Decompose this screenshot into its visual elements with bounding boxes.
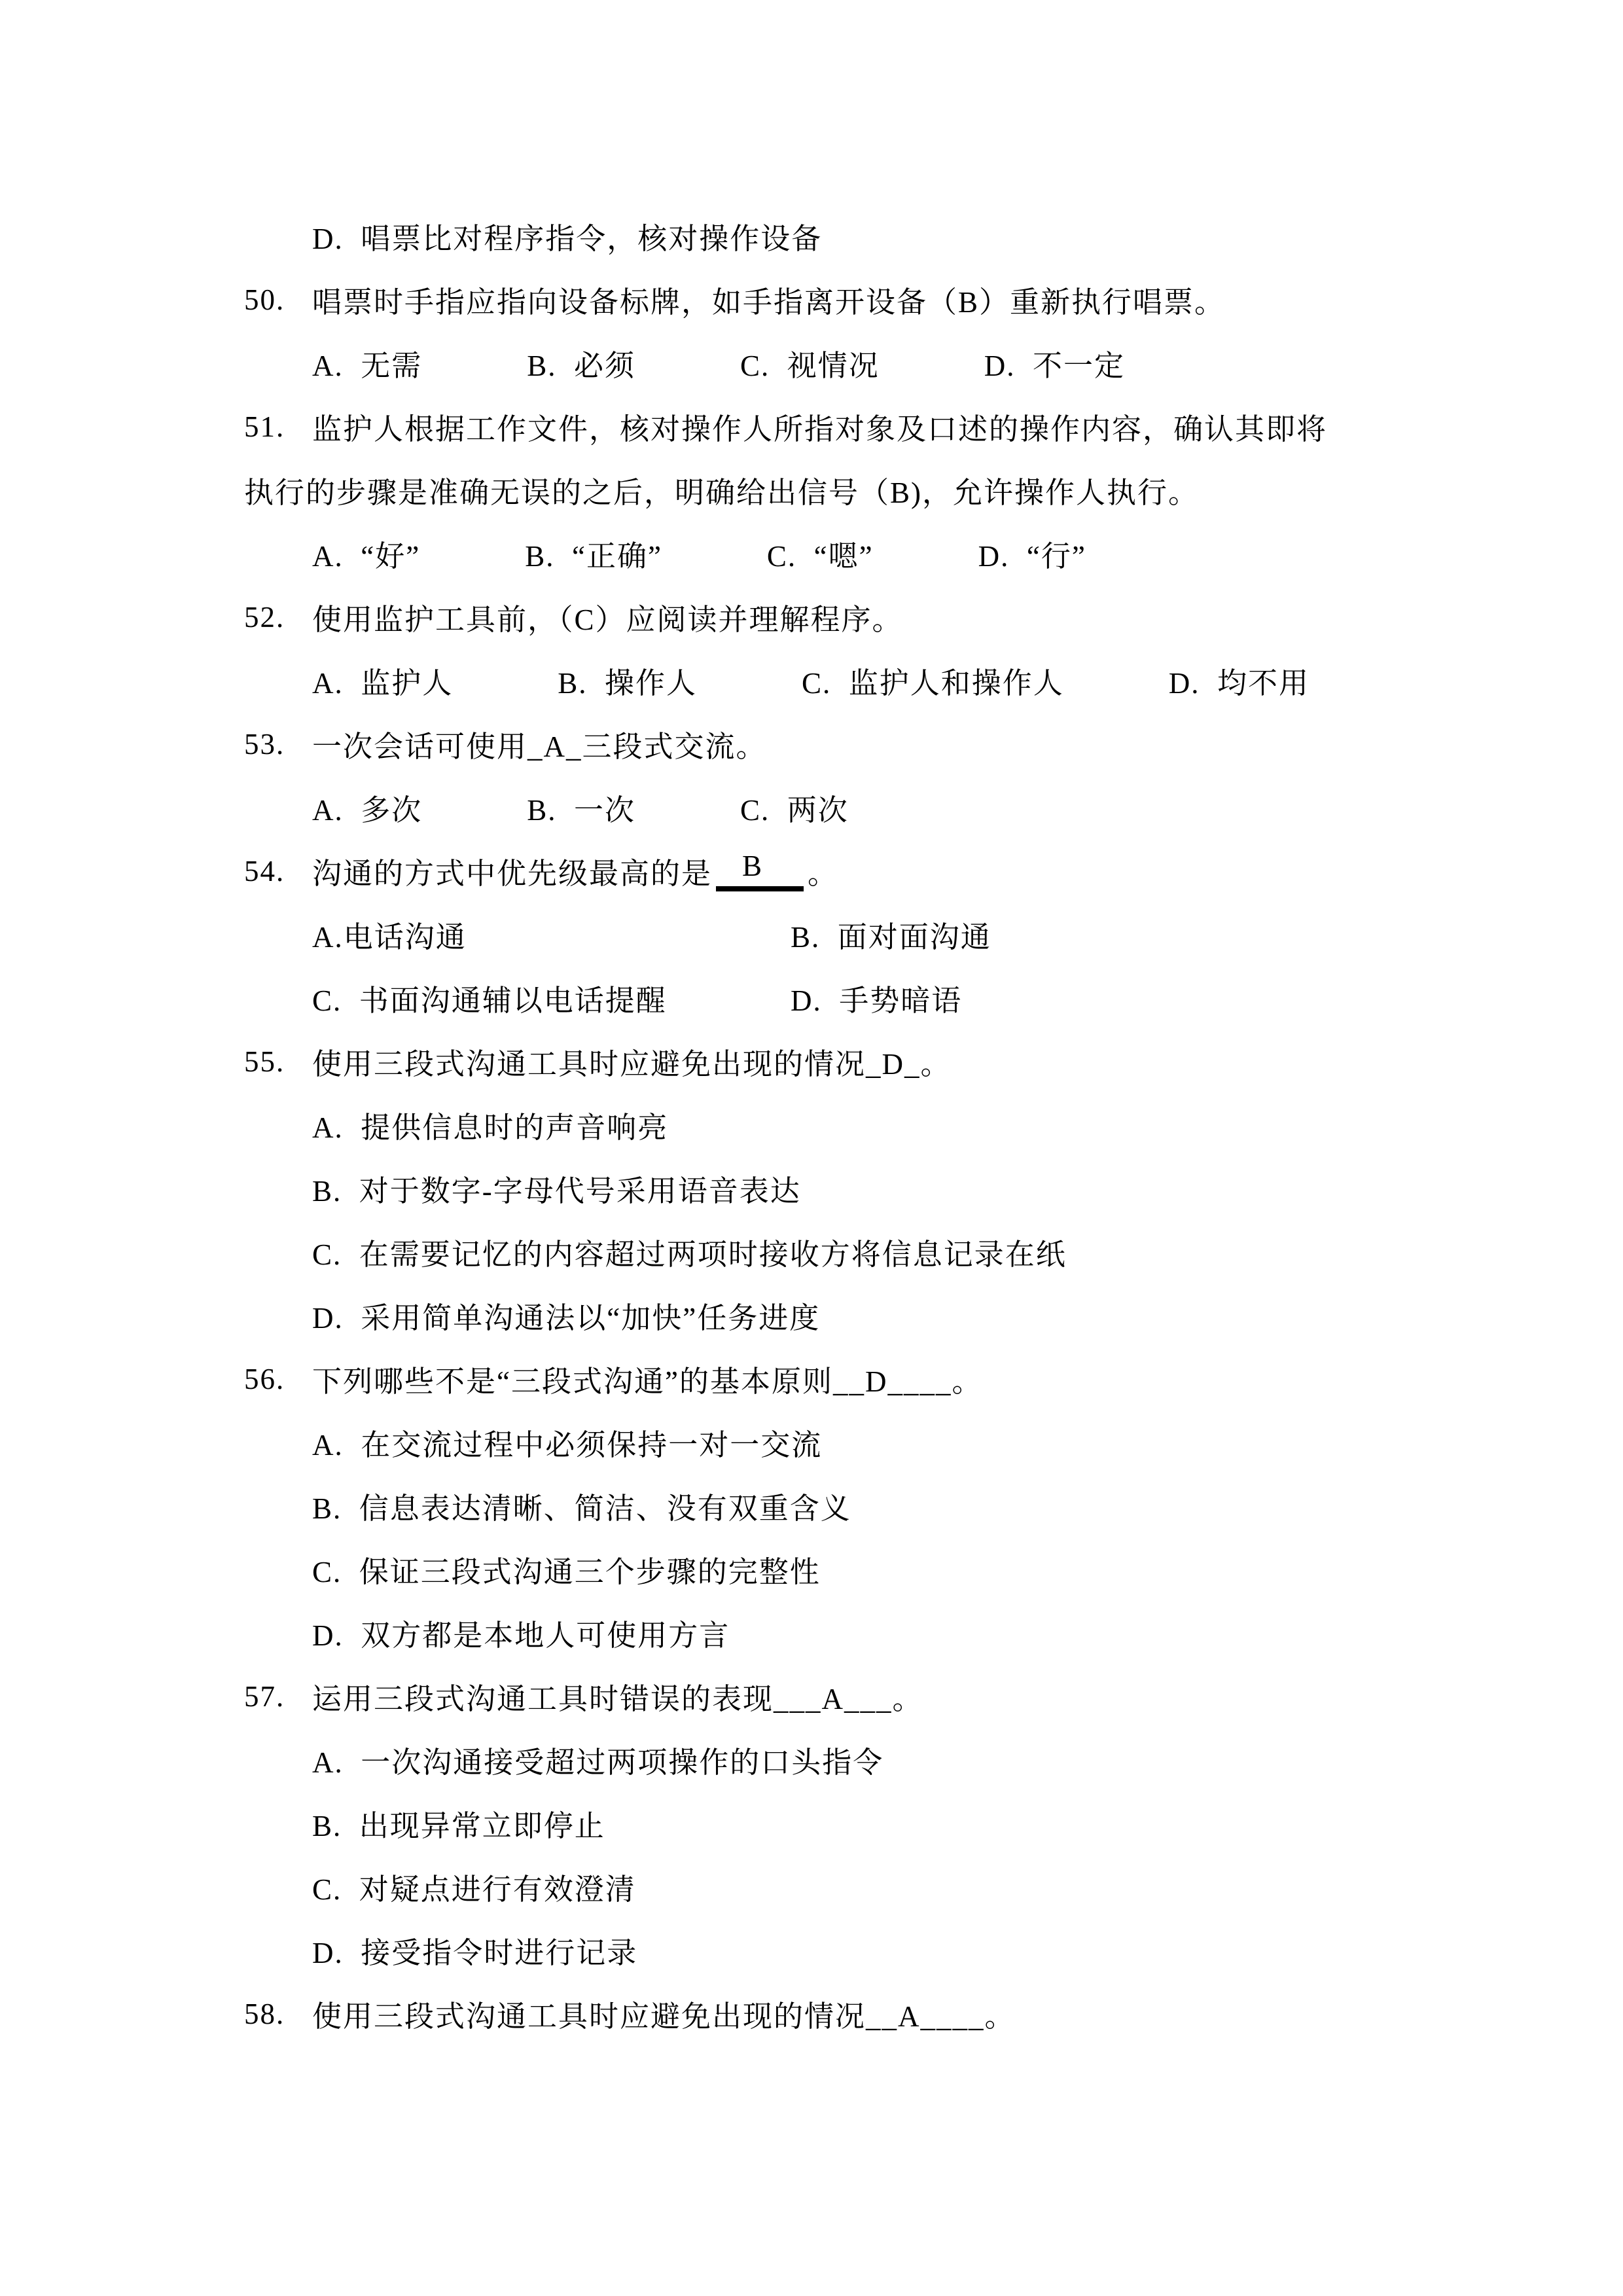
option: C. 在需要记忆的内容超过两项时接收方将信息记录在纸 (312, 1230, 1067, 1273)
option: A. 无需 (312, 342, 422, 384)
option: A.电话沟通 (312, 913, 791, 956)
question-number: 57. (244, 1679, 312, 1713)
option: D. 采用简单沟通法以“加快”任务进度 (312, 1294, 820, 1336)
stem-text: 下列哪些不是“三段式沟通”的基本原则__D____。 (312, 1357, 982, 1400)
option: B. 面对面沟通 (791, 913, 991, 956)
option: C. 书面沟通辅以电话提醒 (312, 977, 791, 1019)
option: C. “嗯” (767, 532, 874, 575)
option: C. 监护人和操作人 (802, 659, 1064, 702)
stem-text: 运用三段式沟通工具时错误的表现___A___。 (312, 1675, 923, 1717)
option: D. 均不用 (1169, 659, 1310, 702)
option: A. “好” (312, 532, 420, 575)
question-option: A. 一次沟通接受超过两项操作的口头指令 (0, 1728, 1623, 1791)
option: B. 必须 (527, 342, 635, 384)
question-options-row: A. 监护人B. 操作人C. 监护人和操作人D. 均不用 (0, 649, 1623, 712)
stem-text: 使用监护工具前，（C）应阅读并理解程序。 (312, 596, 903, 638)
question-stem: 51.监护人根据工作文件，核对操作人所指对象及口述的操作内容，确认其即将 (0, 395, 1623, 458)
stem-text: 唱票时手指应指向设备标牌，如手指离开设备（B）重新执行唱票。 (312, 278, 1225, 321)
stem-text: 沟通的方式中优先级最高的是 (312, 850, 712, 892)
option: A. 在交流过程中必须保持一对一交流 (312, 1421, 822, 1463)
stem-text: 使用三段式沟通工具时应避免出现的情况__A____。 (312, 1992, 1016, 2035)
question-option: D. 采用简单沟通法以“加快”任务进度 (0, 1283, 1623, 1347)
question-stem: 52.使用监护工具前，（C）应阅读并理解程序。 (0, 585, 1623, 649)
question-stem: 54.沟通的方式中优先级最高的是B。 (0, 839, 1623, 903)
option: D. 手势暗语 (791, 977, 962, 1019)
question-stem: 53.一次会话可使用_A_三段式交流。 (0, 712, 1623, 776)
question-stem: 50.唱票时手指应指向设备标牌，如手指离开设备（B）重新执行唱票。 (0, 268, 1623, 331)
question-number: 58. (244, 1997, 312, 2031)
question-stem: 执行的步骤是准确无误的之后，明确给出信号（B)，允许操作人执行。 (0, 458, 1623, 522)
question-options-row: A.电话沟通B. 面对面沟通 (0, 903, 1623, 966)
question-options-row: C. 书面沟通辅以电话提醒D. 手势暗语 (0, 966, 1623, 1030)
question-option: B. 出现异常立即停止 (0, 1791, 1623, 1855)
option: B. 信息表达清晰、简洁、没有双重含义 (312, 1484, 851, 1527)
option: C. 两次 (740, 786, 849, 829)
question-stem: 57.运用三段式沟通工具时错误的表现___A___。 (0, 1664, 1623, 1728)
question-option: D. 双方都是本地人可使用方言 (0, 1601, 1623, 1664)
option: B. “正确” (525, 532, 662, 575)
question-option: C. 保证三段式沟通三个步骤的完整性 (0, 1537, 1623, 1601)
question-option: C. 在需要记忆的内容超过两项时接收方将信息记录在纸 (0, 1220, 1623, 1283)
option: D. 唱票比对程序指令，核对操作设备 (312, 215, 822, 257)
question-option: C. 对疑点进行有效澄清 (0, 1855, 1623, 1918)
question-option: A. 在交流过程中必须保持一对一交流 (0, 1410, 1623, 1474)
question-options-row: A. 多次B. 一次C. 两次 (0, 776, 1623, 839)
option: A. 提供信息时的声音响亮 (312, 1103, 668, 1146)
stem-text: 执行的步骤是准确无误的之后，明确给出信号（B)，允许操作人执行。 (244, 469, 1199, 511)
document-page: D. 唱票比对程序指令，核对操作设备50.唱票时手指应指向设备标牌，如手指离开设… (0, 0, 1623, 2296)
question-number: 52. (244, 600, 312, 634)
question-option: B. 对于数字-字母代号采用语音表达 (0, 1157, 1623, 1220)
question-stem: 56.下列哪些不是“三段式沟通”的基本原则__D____。 (0, 1347, 1623, 1410)
question-option: B. 信息表达清晰、简洁、没有双重含义 (0, 1474, 1623, 1537)
option: A. 监护人 (312, 659, 453, 702)
question-option: D. 接受指令时进行记录 (0, 1918, 1623, 1982)
answer-blank: B (716, 850, 804, 892)
stem-text: 。 (808, 850, 838, 892)
question-stem: 55.使用三段式沟通工具时应避免出现的情况_D_。 (0, 1030, 1623, 1093)
option: B. 操作人 (558, 659, 697, 702)
question-number: 51. (244, 410, 312, 444)
question-option: A. 提供信息时的声音响亮 (0, 1093, 1623, 1157)
option: B. 出现异常立即停止 (312, 1802, 605, 1844)
question-number: 53. (244, 727, 312, 761)
option: C. 保证三段式沟通三个步骤的完整性 (312, 1548, 821, 1590)
question-number: 55. (244, 1045, 312, 1079)
question-options-row: A. 无需B. 必须C. 视情况D. 不一定 (0, 331, 1623, 395)
option: C. 对疑点进行有效澄清 (312, 1865, 636, 1908)
option: D. 不一定 (984, 342, 1125, 384)
stem-text: 监护人根据工作文件，核对操作人所指对象及口述的操作内容，确认其即将 (312, 405, 1327, 448)
question-number: 50. (244, 283, 312, 317)
question-number: 54. (244, 854, 312, 888)
option: D. “行” (978, 532, 1086, 575)
option: D. 接受指令时进行记录 (312, 1929, 637, 1971)
option: D. 双方都是本地人可使用方言 (312, 1611, 730, 1654)
question-number: 56. (244, 1362, 312, 1396)
option: B. 对于数字-字母代号采用语音表达 (312, 1167, 801, 1210)
question-stem: 58.使用三段式沟通工具时应避免出现的情况__A____。 (0, 1982, 1623, 2045)
option: A. 多次 (312, 786, 422, 829)
stem-text: 一次会话可使用_A_三段式交流。 (312, 723, 767, 765)
lead-option-line: D. 唱票比对程序指令，核对操作设备 (0, 204, 1623, 268)
question-options-row: A. “好”B. “正确”C. “嗯”D. “行” (0, 522, 1623, 585)
option: B. 一次 (527, 786, 635, 829)
option: C. 视情况 (740, 342, 880, 384)
stem-text: 使用三段式沟通工具时应避免出现的情况_D_。 (312, 1040, 952, 1083)
option: A. 一次沟通接受超过两项操作的口头指令 (312, 1738, 883, 1781)
